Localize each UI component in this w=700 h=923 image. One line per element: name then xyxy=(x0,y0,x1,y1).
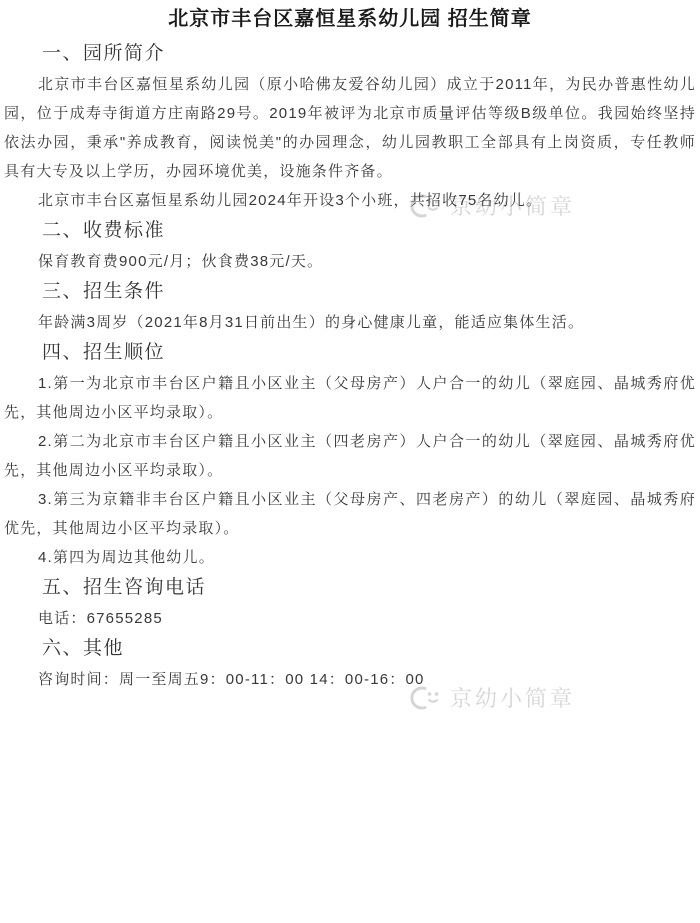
document-sections: 一、园所简介 北京市丰台区嘉恒星系幼儿园（原小哈佛友爱谷幼儿园）成立于2011年… xyxy=(4,38,696,694)
paragraph: 保育教育费900元/月；伙食费38元/天。 xyxy=(4,247,696,276)
paragraph: 年龄满3周岁（2021年8月31日前出生）的身心健康儿童，能适应集体生活。 xyxy=(4,308,696,337)
section-heading: 一、园所简介 xyxy=(4,38,696,70)
paragraph: 1.第一为北京市丰台区户籍且小区业主（父母房产）人户合一的幼儿（翠庭园、晶城秀府… xyxy=(4,369,696,427)
section-heading: 四、招生顺位 xyxy=(4,337,696,369)
paragraph: 咨询时间：周一至周五9：00-11：00 14：00-16：00 xyxy=(4,665,696,694)
document-section: 二、收费标准 保育教育费900元/月；伙食费38元/天。 xyxy=(4,215,696,276)
document-content: 北京市丰台区嘉恒星系幼儿园 招生简章 一、园所简介 北京市丰台区嘉恒星系幼儿园（… xyxy=(4,6,696,694)
paragraph: 北京市丰台区嘉恒星系幼儿园（原小哈佛友爱谷幼儿园）成立于2011年，为民办普惠性… xyxy=(4,70,696,186)
document-section: 四、招生顺位 1.第一为北京市丰台区户籍且小区业主（父母房产）人户合一的幼儿（翠… xyxy=(4,337,696,572)
paragraph: 电话：67655285 xyxy=(4,604,696,633)
section-heading: 五、招生咨询电话 xyxy=(4,572,696,604)
document-page: 京幼小简章 京幼小简章 北京市丰台区嘉恒星系幼儿园 招生简章 一、园所简介 北京… xyxy=(0,0,700,923)
document-section: 五、招生咨询电话 电话：67655285 xyxy=(4,572,696,633)
paragraph: 4.第四为周边其他幼儿。 xyxy=(4,543,696,572)
document-section: 六、其他 咨询时间：周一至周五9：00-11：00 14：00-16：00 xyxy=(4,633,696,694)
page-title: 北京市丰台区嘉恒星系幼儿园 招生简章 xyxy=(4,6,696,32)
section-heading: 三、招生条件 xyxy=(4,276,696,308)
document-section: 一、园所简介 北京市丰台区嘉恒星系幼儿园（原小哈佛友爱谷幼儿园）成立于2011年… xyxy=(4,38,696,215)
paragraph: 2.第二为北京市丰台区户籍且小区业主（四老房产）人户合一的幼儿（翠庭园、晶城秀府… xyxy=(4,427,696,485)
section-heading: 二、收费标准 xyxy=(4,215,696,247)
section-paragraphs: 年龄满3周岁（2021年8月31日前出生）的身心健康儿童，能适应集体生活。 xyxy=(4,308,696,337)
paragraph: 3.第三为京籍非丰台区户籍且小区业主（父母房产、四老房产）的幼儿（翠庭园、晶城秀… xyxy=(4,485,696,543)
document-section: 三、招生条件 年龄满3周岁（2021年8月31日前出生）的身心健康儿童，能适应集… xyxy=(4,276,696,337)
section-heading: 六、其他 xyxy=(4,633,696,665)
section-paragraphs: 保育教育费900元/月；伙食费38元/天。 xyxy=(4,247,696,276)
section-paragraphs: 1.第一为北京市丰台区户籍且小区业主（父母房产）人户合一的幼儿（翠庭园、晶城秀府… xyxy=(4,369,696,572)
section-paragraphs: 电话：67655285 xyxy=(4,604,696,633)
section-paragraphs: 咨询时间：周一至周五9：00-11：00 14：00-16：00 xyxy=(4,665,696,694)
section-paragraphs: 北京市丰台区嘉恒星系幼儿园（原小哈佛友爱谷幼儿园）成立于2011年，为民办普惠性… xyxy=(4,70,696,215)
paragraph: 北京市丰台区嘉恒星系幼儿园2024年开设3个小班，共招收75名幼儿。 xyxy=(4,186,696,215)
